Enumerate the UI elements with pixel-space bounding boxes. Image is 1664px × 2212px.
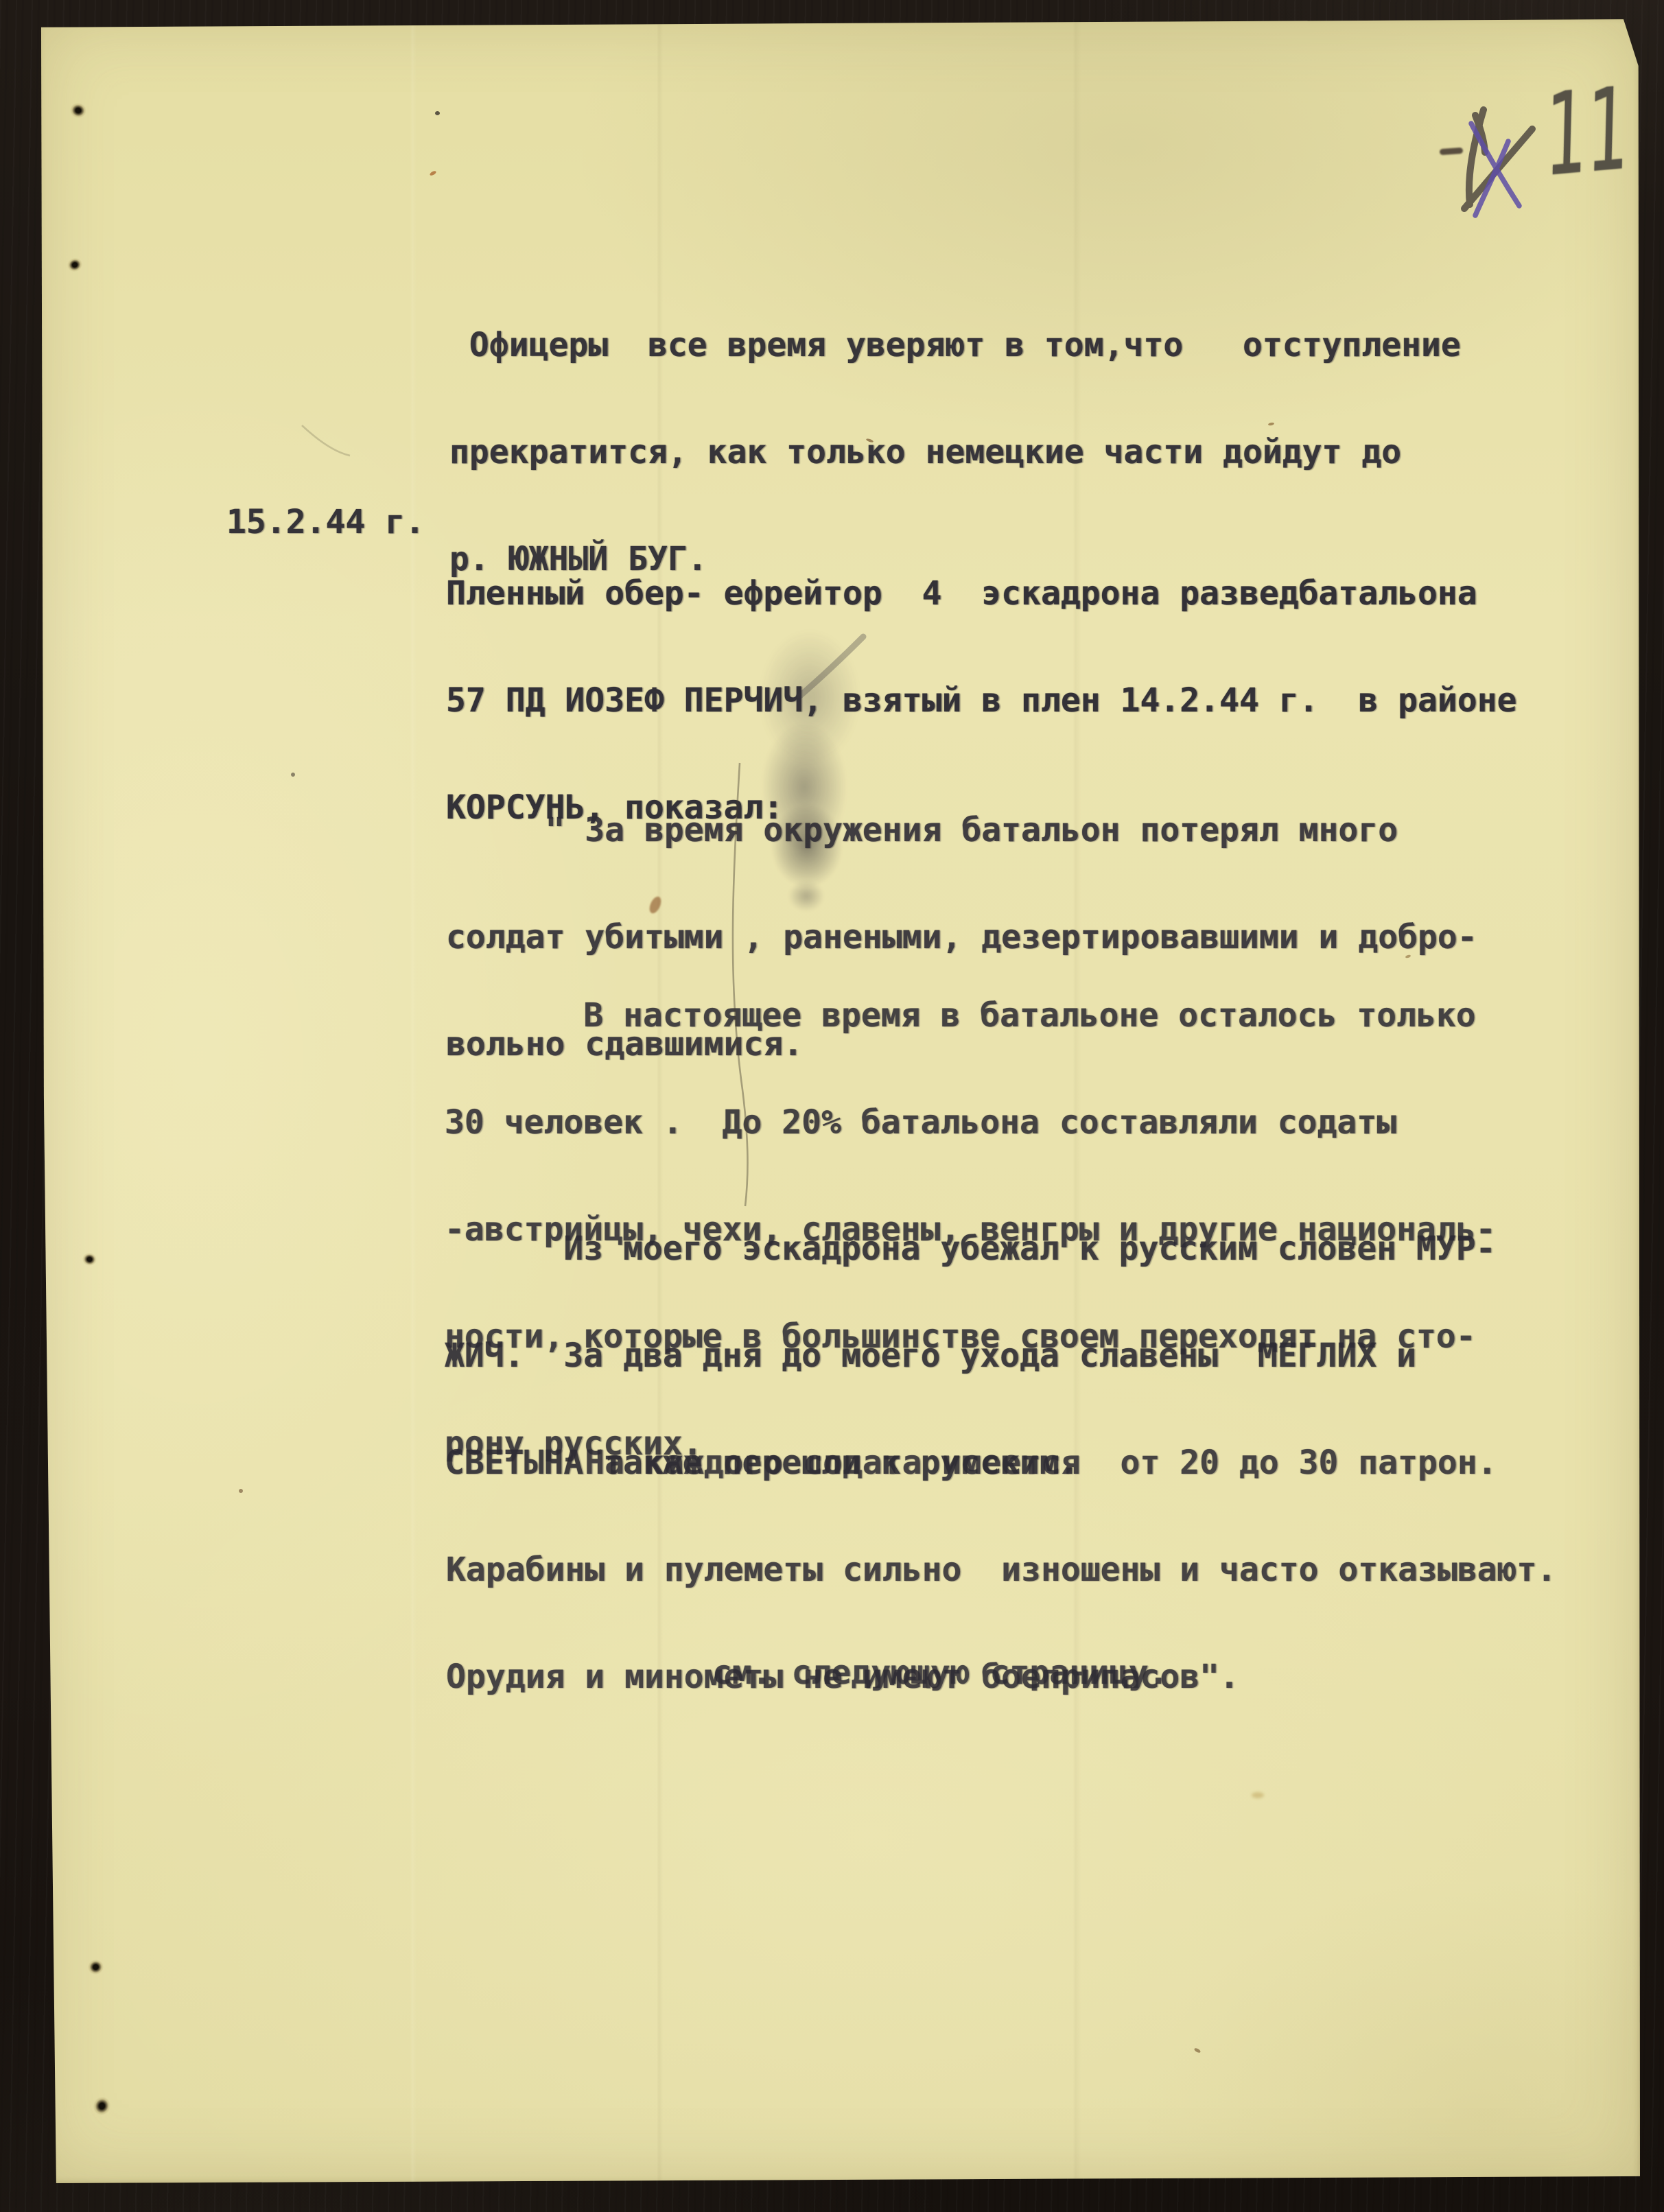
typed-line: Офицеры все время уверяют в том,что отст… (449, 327, 1461, 363)
handwritten-page-number: 11 (1541, 72, 1634, 192)
scanned-document-page: { "doc": { "page_number": "11", "annotat… (0, 0, 1664, 2212)
typed-line: Из моего эскадрона убежал к русским слов… (445, 1231, 1496, 1267)
typed-line: Карабины и пулеметы сильно изношены и ча… (446, 1552, 1556, 1588)
typed-line: Пленный обер- ефрейтор 4 эскадрона разве… (446, 576, 1517, 611)
typed-line: прекратится, как только немецкие части д… (449, 434, 1461, 470)
typed-line: В настоящее время в батальоне осталось т… (445, 998, 1496, 1033)
typed-line: " За время окружения батальон потерял мн… (446, 812, 1477, 848)
date-label: 15.2.44 г. (226, 504, 425, 540)
footer-note: см. следующую страницу. (712, 1655, 1169, 1691)
paper-speck (239, 1489, 243, 1493)
typed-line: ЖИЧ. За два дня до моего ухода славены М… (445, 1338, 1496, 1374)
typed-line: 30 человек . До 20% батальона составляли… (445, 1105, 1496, 1140)
typed-line: На каждого содата имеется от 20 до 30 па… (446, 1445, 1556, 1481)
paper-speck (1252, 1792, 1264, 1798)
paper-speck (435, 111, 440, 115)
paper-speck (291, 773, 295, 777)
typed-line: 57 ПД ИОЗЕФ ПЕРЧИЧ, взятый в плен 14.2.4… (446, 683, 1517, 718)
